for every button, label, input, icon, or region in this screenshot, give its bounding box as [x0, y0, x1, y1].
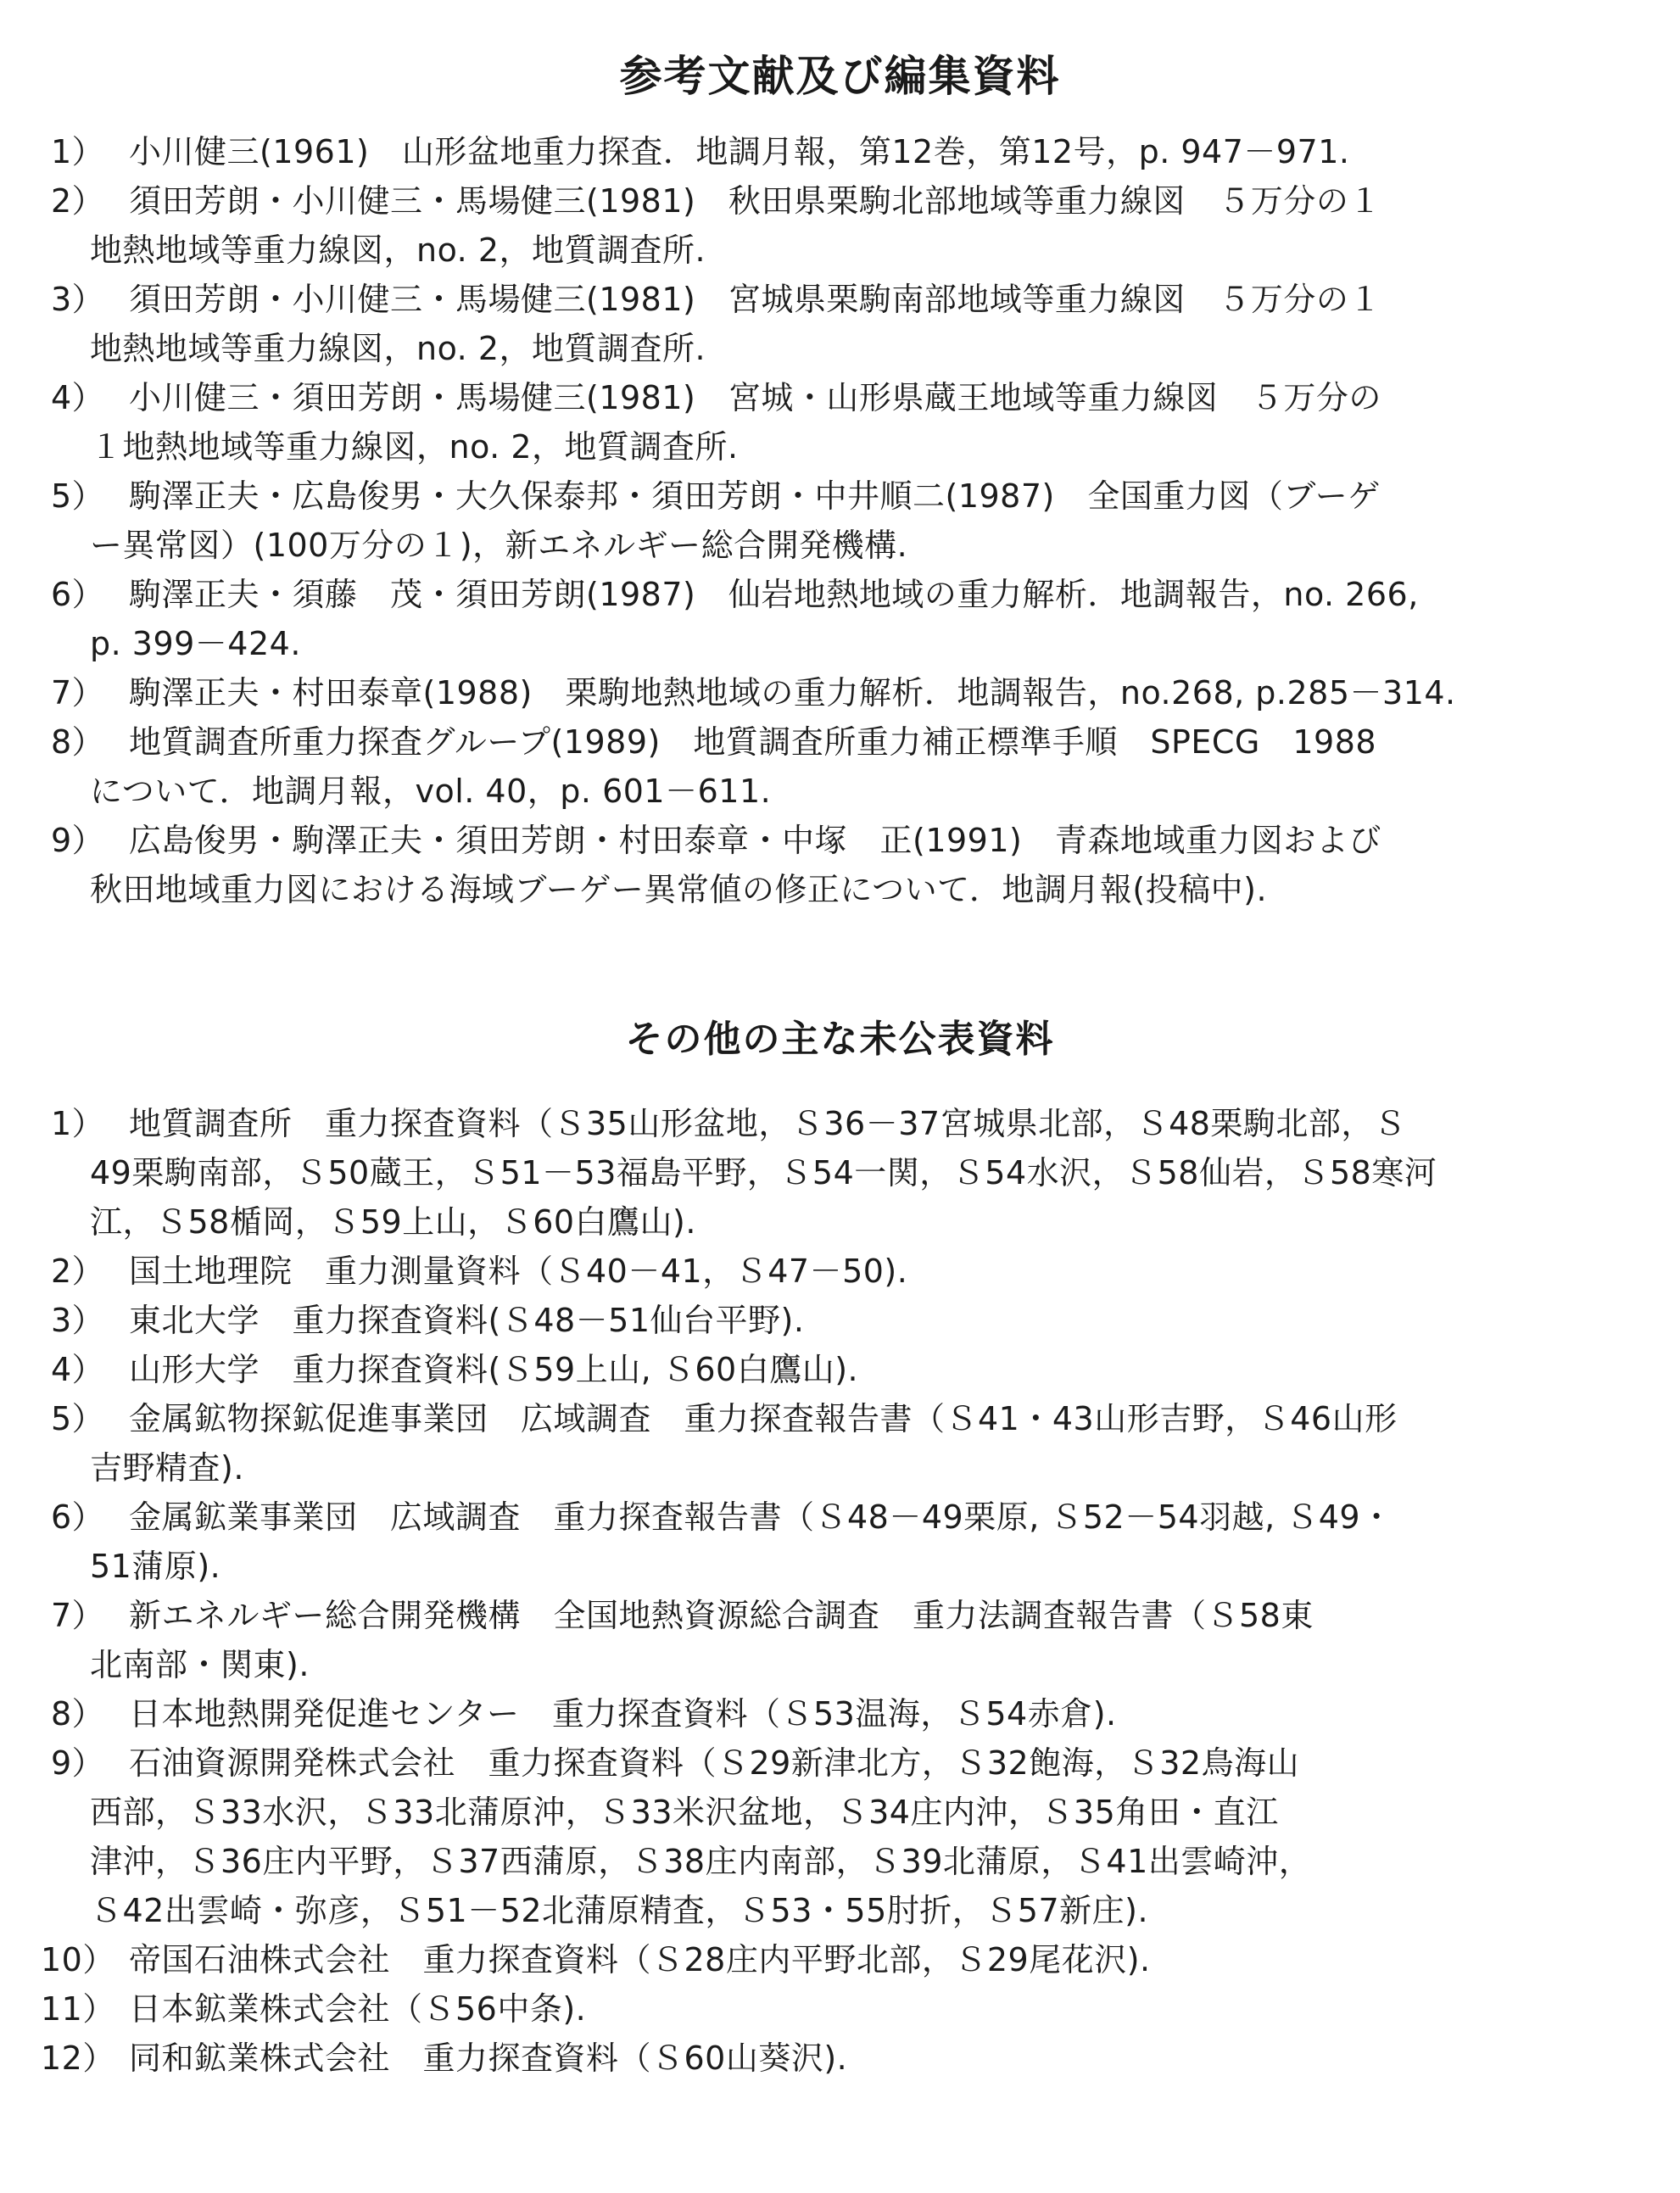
list-item: 2）国土地理院 重力測量資料（Ｓ40－41，Ｓ47－50).	[51, 1247, 1645, 1296]
item-text-continuation: 西部，Ｓ33水沢，Ｓ33北蒲原沖，Ｓ33米沢盆地，Ｓ34庄内沖，Ｓ35角田・直江	[90, 1788, 1645, 1837]
item-number: 9）	[51, 816, 129, 865]
item-number: 7）	[51, 668, 129, 717]
list-item: 7）駒澤正夫・村田泰章(1988) 栗駒地熱地域の重力解析．地調報告，no.26…	[51, 668, 1645, 717]
item-text-continuation: 津沖，Ｓ36庄内平野，Ｓ37西蒲原，Ｓ38庄内南部，Ｓ39北蒲原，Ｓ41出雲崎沖…	[90, 1837, 1645, 1886]
item-text: 駒澤正夫・広島俊男・大久保泰邦・須田芳朗・中井順二(1987) 全国重力図（ブー…	[129, 472, 1645, 521]
document-page: 参考文献及び編集資料 1）小川健三(1961) 山形盆地重力探査．地調月報，第1…	[0, 0, 1680, 2193]
list-item: 3）東北大学 重力探査資料(Ｓ48－51仙台平野).	[51, 1296, 1645, 1345]
list-item: 6）金属鉱業事業団 広域調査 重力探査報告書（Ｓ48－49栗原, Ｓ52－54羽…	[51, 1493, 1645, 1591]
item-text: 駒澤正夫・須藤 茂・須田芳朗(1987) 仙岩地熱地域の重力解析．地調報告，no…	[129, 570, 1645, 619]
item-text: 国土地理院 重力測量資料（Ｓ40－41，Ｓ47－50).	[129, 1247, 1645, 1296]
item-number: 10）	[41, 1935, 119, 1984]
unpublished-list: 1）地質調査所 重力探査資料（Ｓ35山形盆地，Ｓ36－37宮城県北部，Ｓ48栗駒…	[51, 1099, 1645, 2083]
item-text: 小川健三(1961) 山形盆地重力探査．地調月報，第12巻，第12号，p. 94…	[129, 127, 1645, 176]
item-text: 小川健三・須田芳朗・馬場健三(1981) 宮城・山形県蔵王地域等重力線図 ５万分…	[129, 373, 1645, 422]
item-text-continuation: p. 399－424.	[90, 619, 1645, 668]
item-number: 6）	[51, 1493, 129, 1542]
list-item: 8）地質調査所重力探査グループ(1989) 地質調査所重力補正標準手順 SPEC…	[51, 717, 1645, 816]
list-item: 9）石油資源開発株式会社 重力探査資料（Ｓ29新津北方，Ｓ32飽海，Ｓ32鳥海山…	[51, 1738, 1645, 1935]
list-item: 7）新エネルギー総合開発機構 全国地熱資源総合調査 重力法調査報告書（Ｓ58東北…	[51, 1591, 1645, 1689]
item-number: 6）	[51, 570, 129, 619]
item-number: 4）	[51, 1345, 129, 1394]
item-number: 1）	[51, 127, 129, 176]
item-number: 8）	[51, 717, 129, 767]
list-item: 5）金属鉱物探鉱促進事業団 広域調査 重力探査報告書（Ｓ41・43山形吉野，Ｓ4…	[51, 1394, 1645, 1493]
list-item: 4）小川健三・須田芳朗・馬場健三(1981) 宮城・山形県蔵王地域等重力線図 ５…	[51, 373, 1645, 472]
item-number: 8）	[51, 1689, 129, 1738]
list-item: 11）日本鉱業株式会社（Ｓ56中条).	[51, 1984, 1645, 2034]
item-text: 新エネルギー総合開発機構 全国地熱資源総合調査 重力法調査報告書（Ｓ58東	[129, 1591, 1645, 1640]
item-text: 広島俊男・駒澤正夫・須田芳朗・村田泰章・中塚 正(1991) 青森地域重力図およ…	[129, 816, 1645, 865]
item-text: 山形大学 重力探査資料(Ｓ59上山, Ｓ60白鷹山).	[129, 1345, 1645, 1394]
list-item: 9）広島俊男・駒澤正夫・須田芳朗・村田泰章・中塚 正(1991) 青森地域重力図…	[51, 816, 1645, 914]
list-item: 10）帝国石油株式会社 重力探査資料（Ｓ28庄内平野北部，Ｓ29尾花沢).	[51, 1935, 1645, 1984]
item-text: 日本鉱業株式会社（Ｓ56中条).	[129, 1984, 1645, 2034]
item-text: 同和鉱業株式会社 重力探査資料（Ｓ60山葵沢).	[129, 2034, 1645, 2083]
item-number: 5）	[51, 472, 129, 521]
item-number: 4）	[51, 373, 129, 422]
item-text-continuation: １地熱地域等重力線図，no. 2，地質調査所.	[90, 422, 1645, 472]
list-item: 4）山形大学 重力探査資料(Ｓ59上山, Ｓ60白鷹山).	[51, 1345, 1645, 1394]
item-text-continuation: 地熱地域等重力線図，no. 2，地質調査所.	[90, 226, 1645, 275]
list-item: 8）日本地熱開発促進センター 重力探査資料（Ｓ53温海，Ｓ54赤倉).	[51, 1689, 1645, 1738]
item-text: 地質調査所 重力探査資料（Ｓ35山形盆地，Ｓ36－37宮城県北部，Ｓ48栗駒北部…	[129, 1099, 1645, 1148]
list-item: 6）駒澤正夫・須藤 茂・須田芳朗(1987) 仙岩地熱地域の重力解析．地調報告，…	[51, 570, 1645, 668]
list-item: 12）同和鉱業株式会社 重力探査資料（Ｓ60山葵沢).	[51, 2034, 1645, 2083]
item-text-continuation: 江，Ｓ58楯岡，Ｓ59上山，Ｓ60白鷹山).	[90, 1197, 1645, 1247]
item-number: 3）	[51, 275, 129, 324]
section-title-unpublished: その他の主な未公表資料	[0, 1014, 1680, 1065]
item-text: 須田芳朗・小川健三・馬場健三(1981) 秋田県栗駒北部地域等重力線図 ５万分の…	[129, 176, 1645, 226]
item-text: 地質調査所重力探査グループ(1989) 地質調査所重力補正標準手順 SPECG …	[129, 717, 1645, 767]
item-text-continuation: 吉野精査).	[90, 1443, 1645, 1493]
item-text: 須田芳朗・小川健三・馬場健三(1981) 宮城県栗駒南部地域等重力線図 ５万分の…	[129, 275, 1645, 324]
list-item: 5）駒澤正夫・広島俊男・大久保泰邦・須田芳朗・中井順二(1987) 全国重力図（…	[51, 472, 1645, 570]
list-item: 1）地質調査所 重力探査資料（Ｓ35山形盆地，Ｓ36－37宮城県北部，Ｓ48栗駒…	[51, 1099, 1645, 1247]
item-number: 11）	[41, 1984, 119, 2034]
item-number: 1）	[51, 1099, 129, 1148]
item-text-continuation: 地熱地域等重力線図，no. 2，地質調査所.	[90, 324, 1645, 373]
item-text-continuation: 49栗駒南部，Ｓ50蔵王，Ｓ51－53福島平野，Ｓ54一関，Ｓ54水沢，Ｓ58仙…	[90, 1148, 1645, 1197]
item-text: 日本地熱開発促進センター 重力探査資料（Ｓ53温海，Ｓ54赤倉).	[129, 1689, 1645, 1738]
item-text: 石油資源開発株式会社 重力探査資料（Ｓ29新津北方，Ｓ32飽海，Ｓ32鳥海山	[129, 1738, 1645, 1788]
item-text-continuation: 秋田地域重力図における海域ブーゲー異常値の修正について．地調月報(投稿中).	[90, 865, 1645, 914]
item-number: 2）	[51, 176, 129, 226]
item-text: 東北大学 重力探査資料(Ｓ48－51仙台平野).	[129, 1296, 1645, 1345]
list-item: 2）須田芳朗・小川健三・馬場健三(1981) 秋田県栗駒北部地域等重力線図 ５万…	[51, 176, 1645, 275]
item-text-continuation: ー異常図）(100万分の１)，新エネルギー総合開発機構.	[90, 521, 1645, 570]
item-text: 金属鉱業事業団 広域調査 重力探査報告書（Ｓ48－49栗原, Ｓ52－54羽越,…	[129, 1493, 1645, 1542]
item-text-continuation: について．地調月報，vol. 40，p. 601－611.	[90, 767, 1645, 816]
item-number: 2）	[51, 1247, 129, 1296]
item-number: 12）	[41, 2034, 119, 2083]
item-text-continuation: 51蒲原).	[90, 1542, 1645, 1591]
item-number: 9）	[51, 1738, 129, 1788]
item-text: 駒澤正夫・村田泰章(1988) 栗駒地熱地域の重力解析．地調報告，no.268,…	[129, 668, 1645, 717]
reference-list: 1）小川健三(1961) 山形盆地重力探査．地調月報，第12巻，第12号，p. …	[51, 127, 1645, 914]
item-text: 帝国石油株式会社 重力探査資料（Ｓ28庄内平野北部，Ｓ29尾花沢).	[129, 1935, 1645, 1984]
section-title-references: 参考文献及び編集資料	[0, 51, 1680, 102]
list-item: 3）須田芳朗・小川健三・馬場健三(1981) 宮城県栗駒南部地域等重力線図 ５万…	[51, 275, 1645, 373]
item-number: 3）	[51, 1296, 129, 1345]
item-text-continuation: 北南部・関東).	[90, 1640, 1645, 1689]
item-number: 7）	[51, 1591, 129, 1640]
item-text: 金属鉱物探鉱促進事業団 広域調査 重力探査報告書（Ｓ41・43山形吉野，Ｓ46山…	[129, 1394, 1645, 1443]
list-item: 1）小川健三(1961) 山形盆地重力探査．地調月報，第12巻，第12号，p. …	[51, 127, 1645, 176]
item-text-continuation: Ｓ42出雲崎・弥彦，Ｓ51－52北蒲原精査，Ｓ53・55肘折，Ｓ57新庄).	[90, 1886, 1645, 1935]
item-number: 5）	[51, 1394, 129, 1443]
